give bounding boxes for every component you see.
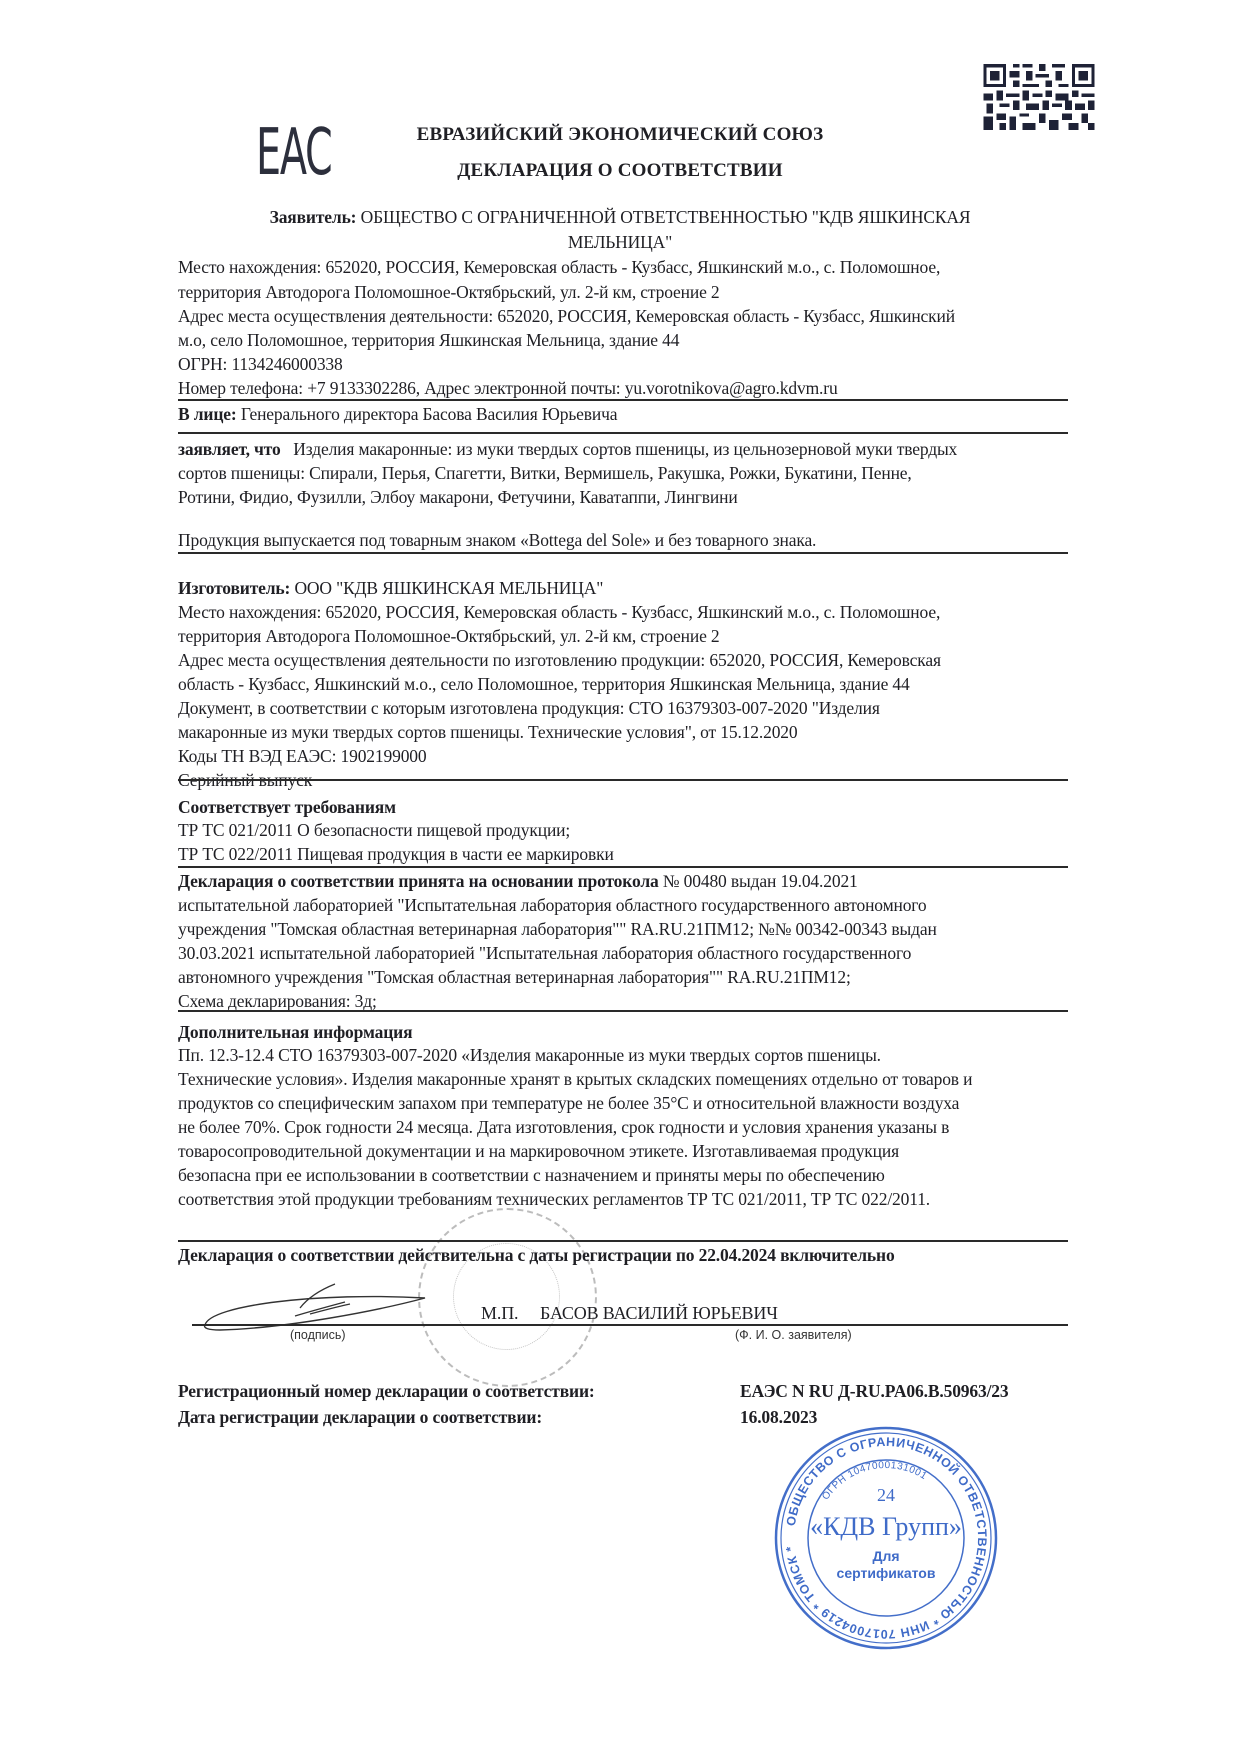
signature-line: [192, 1324, 1068, 1326]
requirement-2: ТР ТС 022/2011 Пищевая продукция в части…: [178, 842, 614, 867]
basis-line3: учреждения "Томская областная ветеринарн…: [178, 917, 937, 942]
serial-production: Серийный выпуск: [178, 768, 312, 793]
requirement-1: ТР ТС 021/2011 О безопасности пищевой пр…: [178, 818, 570, 843]
manufacturer-name: ООО "КДВ ЯШКИНСКАЯ МЕЛЬНИЦА": [294, 578, 603, 598]
declares-line2: сортов пшеницы: Спирали, Перья, Спагетти…: [178, 461, 912, 486]
basis-label: Декларация о соответствии принята на осн…: [178, 871, 659, 891]
svg-text:ОГРН 1047000131001: ОГРН 1047000131001: [820, 1460, 929, 1502]
applicant-activity-1: Адрес места осуществления деятельности: …: [178, 304, 955, 329]
basis-line4: 30.03.2021 испытательной лабораторией "И…: [178, 941, 911, 966]
union-title: ЕВРАЗИЙСКИЙ ЭКОНОМИЧЕСКИЙ СОЮЗ: [0, 124, 1240, 146]
divider: [178, 1010, 1068, 1012]
divider: [178, 866, 1068, 868]
additional-line2: Технические условия». Изделия макаронные…: [178, 1067, 972, 1092]
representative-label: В лице:: [178, 404, 237, 424]
requirements-label: Соответствует требованиям: [178, 795, 396, 820]
hs-codes: Коды ТН ВЭД ЕАЭС: 1902199000: [178, 744, 427, 769]
declares-text: Изделия макаронные: из муки твердых сорт…: [293, 439, 957, 459]
company-stamp-icon: ОБЩЕСТВО С ОГРАНИЧЕННОЙ ОТВЕТСТВЕННОСТЬЮ…: [771, 1423, 1001, 1653]
svg-text:«КДВ Групп»: «КДВ Групп»: [810, 1512, 962, 1541]
manufacturer-document-1: Документ, в соответствии с которым изгот…: [178, 696, 880, 721]
additional-line6: безопасна при ее использовании в соответ…: [178, 1163, 885, 1188]
manufacturer-activity-1: Адрес места осуществления деятельности п…: [178, 648, 941, 673]
applicant-activity-2: м.о, село Поломошное, территория Яшкинск…: [178, 328, 679, 353]
basis-line5: автономного учреждения "Томская областна…: [178, 965, 851, 990]
applicant-location-2: территория Автодорога Поломошное-Октябрь…: [178, 280, 720, 305]
divider: [178, 1240, 1068, 1242]
declares-line3: Ротини, Фидио, Фузилли, Элбоу макарони, …: [178, 485, 738, 510]
manufacturer-location-1: Место нахождения: 652020, РОССИЯ, Кемеро…: [178, 600, 940, 625]
manufacturer-location-2: территория Автодорога Поломошное-Октябрь…: [178, 624, 720, 649]
additional-line3: продуктов со специфическим запахом при т…: [178, 1091, 959, 1116]
divider: [178, 779, 1068, 781]
additional-line4: не более 70%. Срок годности 24 месяца. Д…: [178, 1115, 949, 1140]
basis-protocol: № 00480 выдан 19.04.2021: [663, 871, 858, 891]
basis-line2: испытательной лабораторией "Испытательна…: [178, 893, 927, 918]
applicant-ogrn: ОГРН: 1134246000338: [178, 352, 343, 377]
divider: [178, 432, 1068, 434]
representative-value: Генерального директора Басова Василия Юр…: [241, 404, 618, 424]
representative: В лице: Генерального директора Басова Ва…: [178, 402, 617, 427]
manufacturer-activity-2: область - Кузбасс, Яшкинский м.о., село …: [178, 672, 910, 697]
document-title: ДЕКЛАРАЦИЯ О СООТВЕТСТВИИ: [0, 160, 1240, 182]
declares-line1: заявляет, что Изделия макаронные: из мук…: [178, 437, 957, 462]
divider: [178, 552, 1068, 554]
svg-text:сертификатов: сертификатов: [837, 1565, 936, 1581]
validity-text: Декларация о соответствии действительна …: [178, 1243, 895, 1268]
qr-code-icon: [980, 60, 1098, 134]
name-caption: (Ф. И. О. заявителя): [735, 1328, 852, 1342]
applicant-name-line2: МЕЛЬНИЦА": [0, 230, 1240, 255]
basis-line1: Декларация о соответствии принята на осн…: [178, 869, 858, 894]
declares-label: заявляет, что: [178, 439, 281, 459]
divider: [178, 399, 1068, 401]
manufacturer-label: Изготовитель:: [178, 578, 290, 598]
additional-line5: товаросопроводительной документации и на…: [178, 1139, 899, 1164]
additional-line1: Пп. 12.3-12.4 СТО 16379303-007-2020 «Изд…: [178, 1043, 881, 1068]
registration-number-label: Регистрационный номер декларации о соотв…: [178, 1379, 595, 1404]
applicant-name: ОБЩЕСТВО С ОГРАНИЧЕННОЙ ОТВЕТСТВЕННОСТЬЮ…: [361, 207, 971, 227]
applicant-label: Заявитель:: [270, 207, 357, 227]
signature-caption: (подпись): [290, 1328, 346, 1342]
additional-label: Дополнительная информация: [178, 1020, 412, 1045]
applicant-location-1: Место нахождения: 652020, РОССИЯ, Кемеро…: [178, 255, 940, 280]
seal-mark: М.П.: [481, 1301, 518, 1326]
applicant-full-name: БАСОВ ВАСИЛИЙ ЮРЬЕВИЧ: [540, 1301, 778, 1326]
svg-text:Для: Для: [872, 1548, 899, 1564]
registration-date-label: Дата регистрации декларации о соответств…: [178, 1405, 542, 1430]
manufacturer-document-2: макаронные из муки твердых сортов пшениц…: [178, 720, 798, 745]
applicant-name-line1: Заявитель: ОБЩЕСТВО С ОГРАНИЧЕННОЙ ОТВЕТ…: [0, 205, 1240, 230]
manufacturer-line: Изготовитель: ООО "КДВ ЯШКИНСКАЯ МЕЛЬНИЦ…: [178, 576, 603, 601]
additional-line7: соответствия этой продукции требованиям …: [178, 1187, 930, 1212]
trademark-line: Продукция выпускается под товарным знако…: [178, 528, 816, 553]
applicant-contacts: Номер телефона: +7 9133302286, Адрес эле…: [178, 376, 838, 401]
svg-text:24: 24: [877, 1485, 895, 1505]
registration-number-value: ЕАЭС N RU Д-RU.PA06.B.50963/23: [740, 1379, 1009, 1404]
